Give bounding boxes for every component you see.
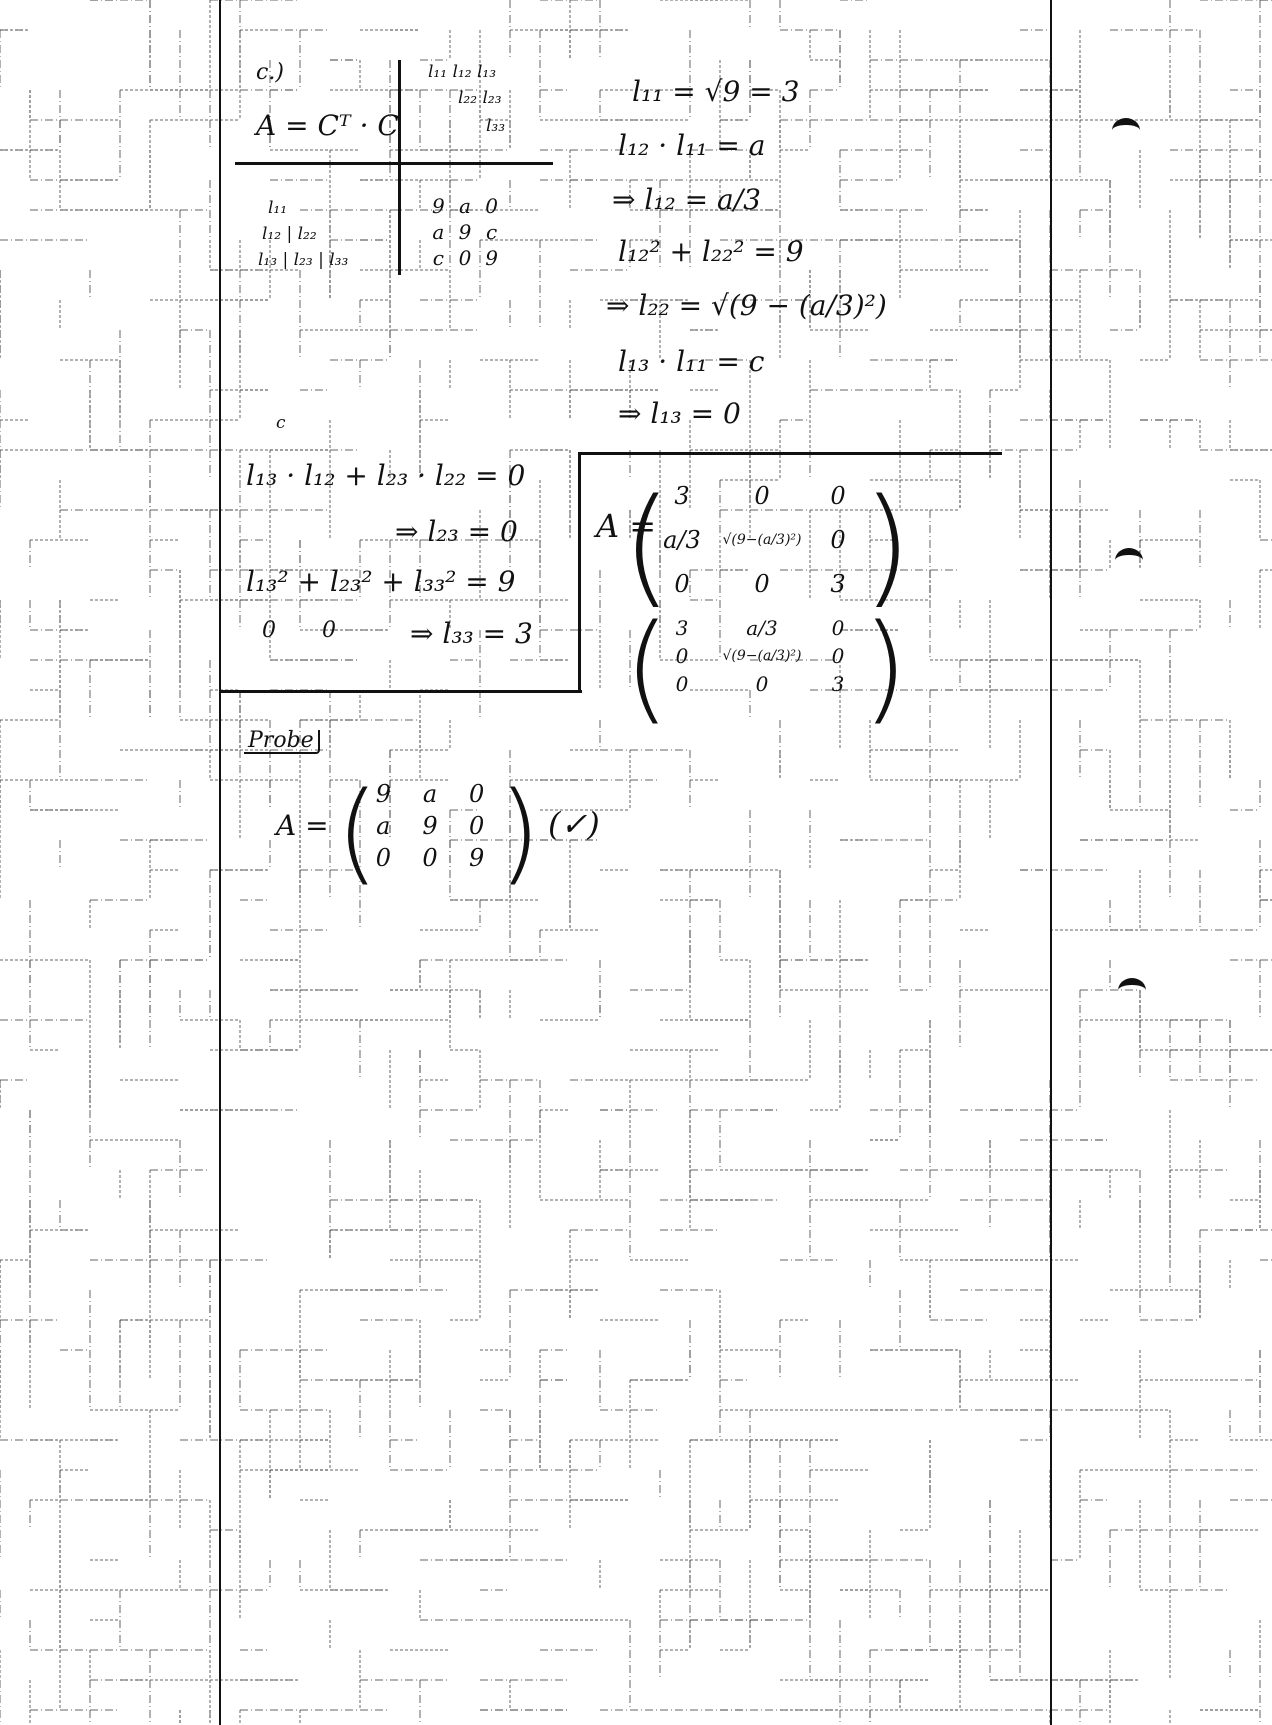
matrix-cell: 0 — [453, 812, 500, 840]
scheme-upper-row: l₃₃ — [486, 118, 505, 135]
result-box-top-line — [578, 452, 1002, 455]
scheme-horizontal-line — [235, 162, 553, 165]
derivation-line: ⇒ l₁₂ = a/3 — [612, 186, 761, 214]
probe-matrix: 9a0a90009 — [360, 780, 500, 872]
punch-hole-icon — [1118, 978, 1146, 1003]
matrix-cell: 0 — [810, 644, 866, 668]
check-mark-icon: (✓) — [548, 808, 600, 840]
right-margin-line — [1050, 0, 1052, 1725]
matrix-cell: 0 — [650, 570, 714, 598]
matrix-cell: c — [478, 220, 505, 244]
matrix-cell: a/3 — [650, 526, 714, 554]
matrix-cell: 3 — [810, 570, 866, 598]
matrix-cell: 9 — [360, 780, 407, 808]
scheme-lower-row: l₁₂ | l₂₂ — [262, 226, 317, 243]
scheme-lower-row: l₁₃ | l₂₃ | l₃₃ — [258, 252, 348, 269]
derivation-line: l₁₁ = √9 = 3 — [632, 78, 799, 106]
matrix-cell: a — [407, 780, 454, 808]
matrix-cell: 3 — [650, 482, 714, 510]
scheme-upper-row: l₂₂ l₂₃ — [458, 90, 502, 107]
derivation-line: l₁₃ · l₁₂ + l₂₃ · l₂₂ = 0 — [246, 462, 525, 490]
scheme-lower-row: l₁₁ — [268, 200, 287, 217]
derivation-line: ⇒ l₂₃ = 0 — [395, 518, 518, 546]
matrix-cell: 0 — [407, 844, 454, 872]
probe-label: A = — [276, 812, 329, 840]
matrix-cell: √(9−(a/3)²) — [714, 648, 810, 664]
matrix-cell: 0 — [810, 616, 866, 640]
matrix-cell: 0 — [650, 644, 714, 668]
derivation-line: l₁₃ · l₁₁ = c — [618, 348, 764, 376]
under-note: 0 — [262, 620, 276, 642]
scheme-upper-row: l₁₁ l₁₂ l₁₃ — [428, 64, 496, 81]
matrix-cell: 9 — [425, 194, 452, 218]
matrix-cell: 9 — [478, 246, 505, 270]
matrix-cell: 0 — [714, 672, 810, 696]
matrix-cell: 0 — [650, 672, 714, 696]
derivation-line: ⇒ l₃₃ = 3 — [410, 620, 533, 648]
probe-title: Probe — [244, 730, 320, 754]
result-box-left-line — [578, 455, 581, 693]
derivation-line: l₁₂² + l₂₂² = 9 — [618, 238, 804, 266]
matrix-cell: 0 — [452, 246, 479, 270]
derivation-line: l₁₃² + l₂₃² + l₃₃² = 9 — [246, 568, 516, 596]
block-bottom-line — [220, 690, 582, 693]
result-matrix-lt: 3a/300√(9−(a/3)²)0003 — [650, 616, 866, 696]
left-margin-line — [219, 0, 221, 1725]
derivation-line: ⇒ l₂₂ = √(9 − (a/3)²) — [606, 292, 887, 320]
matrix-cell: 3 — [650, 616, 714, 640]
matrix-cell: 0 — [360, 844, 407, 872]
matrix-cell: a — [452, 194, 479, 218]
under-note: 0 — [322, 620, 336, 642]
derivation-line: l₁₂ · l₁₁ = a — [618, 132, 765, 160]
result-matrix-l: 300a/3√(9−(a/3)²)0003 — [650, 482, 866, 598]
derivation-line: ⇒ l₁₃ = 0 — [618, 400, 741, 428]
matrix-cell: √(9−(a/3)²) — [714, 532, 810, 548]
matrix-cell: 0 — [714, 570, 810, 598]
matrix-cell: 9 — [452, 220, 479, 244]
matrix-cell: c — [425, 246, 452, 270]
matrix-cell: 0 — [453, 780, 500, 808]
punch-hole-icon — [1112, 118, 1140, 143]
scheme-vertical-line — [398, 60, 401, 275]
right-paren: ) — [862, 598, 908, 736]
matrix-cell: 0 — [478, 194, 505, 218]
matrix-cell: 0 — [810, 482, 866, 510]
part-label: c.) — [256, 62, 284, 84]
matrix-cell: 0 — [714, 482, 810, 510]
punch-hole-icon — [1115, 548, 1143, 573]
definition: A = Cᵀ · C — [256, 112, 399, 140]
matrix-cell: 9 — [453, 844, 500, 872]
matrix-cell: a/3 — [714, 616, 810, 640]
matrix-cell: 9 — [407, 812, 454, 840]
scheme-matrix-a: 9a0a9cc09 — [425, 194, 505, 270]
matrix-cell: a — [360, 812, 407, 840]
annotation: c — [276, 415, 286, 432]
right-paren: ) — [498, 768, 541, 896]
matrix-cell: 0 — [810, 526, 866, 554]
matrix-cell: a — [425, 220, 452, 244]
matrix-cell: 3 — [810, 672, 866, 696]
